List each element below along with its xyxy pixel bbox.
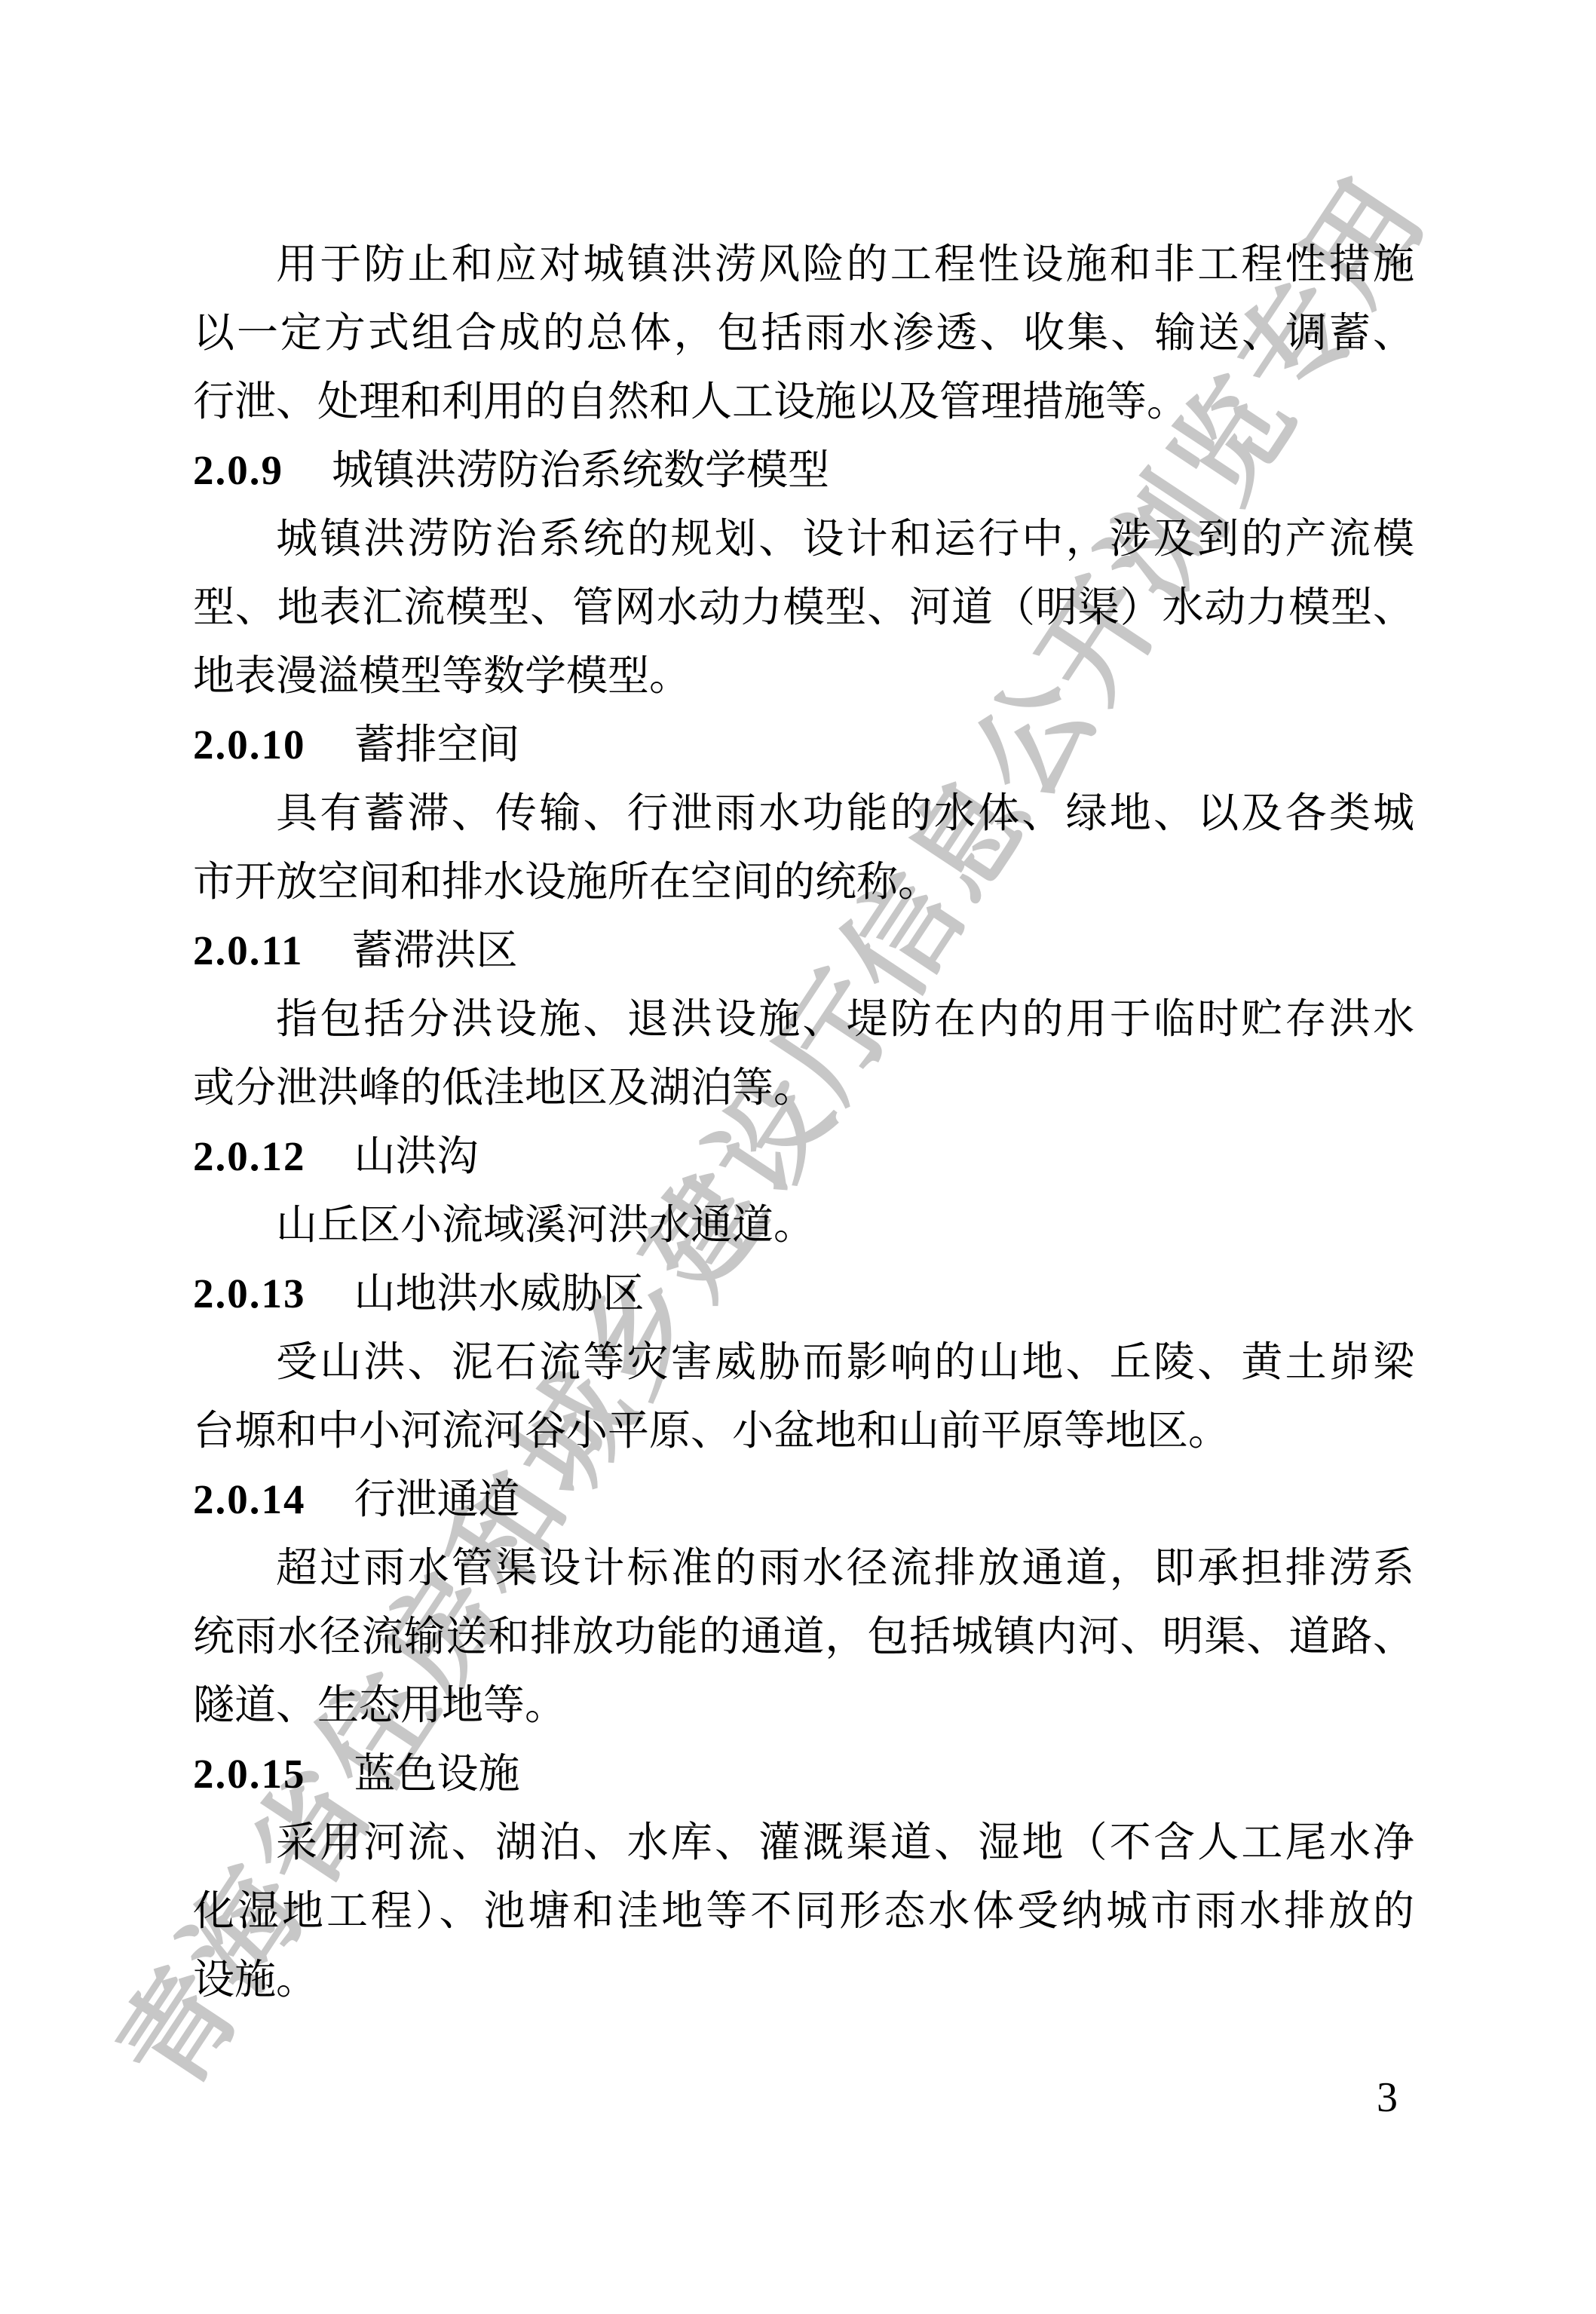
- section-heading: 2.0.11蓄滞洪区: [193, 916, 1414, 985]
- paragraph-line: 或分泄洪峰的低洼地区及湖泊等。: [193, 1053, 1414, 1122]
- section-number: 2.0.12: [193, 1133, 306, 1179]
- page-number: 3: [1377, 2067, 1398, 2128]
- section-title: 山洪沟: [354, 1133, 479, 1179]
- section-heading: 2.0.14行泄通道: [193, 1465, 1414, 1534]
- paragraph-line: 以一定方式组合成的总体，包括雨水渗透、收集、输送、调蓄、: [193, 299, 1414, 367]
- section-title: 山地洪水威胁区: [354, 1270, 645, 1316]
- section-number: 2.0.9: [193, 447, 283, 493]
- section-number: 2.0.10: [193, 722, 306, 768]
- paragraph-line: 受山洪、泥石流等灾害威胁而影响的山地、丘陵、黄土峁梁: [193, 1328, 1414, 1396]
- paragraph-line: 地表漫溢模型等数学模型。: [193, 642, 1414, 710]
- paragraph-line: 市开放空间和排水设施所在空间的统称。: [193, 847, 1414, 916]
- section-number: 2.0.13: [193, 1270, 306, 1316]
- section-number: 2.0.11: [193, 927, 303, 973]
- section-number: 2.0.15: [193, 1751, 306, 1797]
- paragraph-line: 具有蓄滞、传输、行泄雨水功能的水体、绿地、以及各类城: [193, 779, 1414, 847]
- document-content: 用于防止和应对城镇洪涝风险的工程性设施和非工程性措施以一定方式组合成的总体，包括…: [193, 230, 1414, 2014]
- paragraph-line: 台塬和中小河流河谷小平原、小盆地和山前平原等地区。: [193, 1396, 1414, 1465]
- paragraph-line: 化湿地工程）、池塘和洼地等不同形态水体受纳城市雨水排放的: [193, 1877, 1414, 1945]
- document-page: 青海省住房和城乡建设厅信息公开浏览专用 用于防止和应对城镇洪涝风险的工程性设施和…: [0, 0, 1596, 2314]
- paragraph-line: 设施。: [193, 1945, 1414, 2014]
- section-number: 2.0.14: [193, 1476, 306, 1522]
- section-heading: 2.0.10蓄排空间: [193, 710, 1414, 779]
- paragraph-line: 行泄、处理和利用的自然和人工设施以及管理措施等。: [193, 367, 1414, 436]
- paragraph-line: 超过雨水管渠设计标准的雨水径流排放通道，即承担排涝系: [193, 1534, 1414, 1602]
- paragraph-line: 用于防止和应对城镇洪涝风险的工程性设施和非工程性措施: [193, 230, 1414, 299]
- section-title: 蓄滞洪区: [351, 927, 517, 973]
- paragraph-line: 统雨水径流输送和排放功能的通道，包括城镇内河、明渠、道路、: [193, 1602, 1414, 1671]
- paragraph-line: 山丘区小流域溪河洪水通道。: [193, 1191, 1414, 1259]
- section-heading: 2.0.9城镇洪涝防治系统数学模型: [193, 436, 1414, 504]
- section-heading: 2.0.13山地洪水威胁区: [193, 1259, 1414, 1328]
- paragraph-line: 指包括分洪设施、退洪设施、堤防在内的用于临时贮存洪水: [193, 985, 1414, 1053]
- section-title: 蓝色设施: [354, 1751, 520, 1797]
- section-title: 蓄排空间: [354, 722, 520, 768]
- paragraph-line: 隧道、生态用地等。: [193, 1671, 1414, 1739]
- paragraph-line: 采用河流、湖泊、水库、灌溉渠道、湿地（不含人工尾水净: [193, 1808, 1414, 1877]
- section-title: 城镇洪涝防治系统数学模型: [332, 447, 829, 493]
- paragraph-line: 城镇洪涝防治系统的规划、设计和运行中，涉及到的产流模: [193, 504, 1414, 573]
- section-title: 行泄通道: [354, 1476, 520, 1522]
- section-heading: 2.0.15蓝色设施: [193, 1739, 1414, 1808]
- section-heading: 2.0.12山洪沟: [193, 1122, 1414, 1191]
- paragraph-line: 型、地表汇流模型、管网水动力模型、河道（明渠）水动力模型、: [193, 573, 1414, 642]
